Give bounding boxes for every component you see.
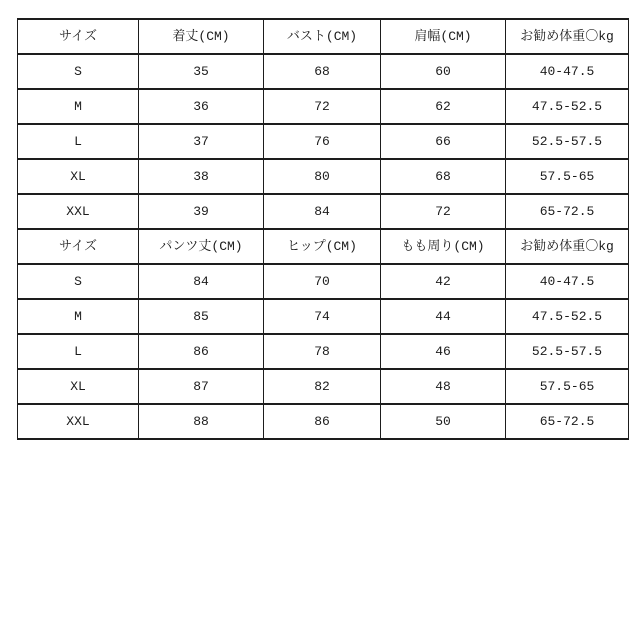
size-value-cell: 46 [381, 334, 506, 369]
size-value-cell: 36 [139, 89, 264, 124]
size-value-cell: 76 [264, 124, 381, 159]
size-value-cell: 84 [139, 264, 264, 299]
size-value-cell: 48 [381, 369, 506, 404]
size-chart-row: L37766652.5-57.5 [18, 124, 629, 159]
size-value-cell: 57.5-65 [506, 369, 629, 404]
size-chart-row: XL38806857.5-65 [18, 159, 629, 194]
size-value-cell: 47.5-52.5 [506, 89, 629, 124]
size-chart-column-header: パンツ丈(CM) [139, 229, 264, 264]
size-value-cell: 60 [381, 54, 506, 89]
size-label-cell: S [18, 54, 139, 89]
size-value-cell: 80 [264, 159, 381, 194]
size-chart-column-header: サイズ [18, 229, 139, 264]
size-value-cell: 50 [381, 404, 506, 439]
size-chart-column-header: 着丈(CM) [139, 19, 264, 54]
size-label-cell: L [18, 334, 139, 369]
size-value-cell: 70 [264, 264, 381, 299]
size-chart-row: XXL39847265-72.5 [18, 194, 629, 229]
size-label-cell: XXL [18, 194, 139, 229]
size-value-cell: 35 [139, 54, 264, 89]
size-chart-row: L86784652.5-57.5 [18, 334, 629, 369]
size-value-cell: 84 [264, 194, 381, 229]
size-chart-row: S35686040-47.5 [18, 54, 629, 89]
size-value-cell: 72 [381, 194, 506, 229]
size-value-cell: 66 [381, 124, 506, 159]
size-value-cell: 65-72.5 [506, 404, 629, 439]
size-value-cell: 87 [139, 369, 264, 404]
size-chart-column-header: お勧め体重〇kg [506, 19, 629, 54]
size-label-cell: M [18, 299, 139, 334]
size-chart-column-header: 肩幅(CM) [381, 19, 506, 54]
size-value-cell: 85 [139, 299, 264, 334]
size-label-cell: S [18, 264, 139, 299]
size-value-cell: 72 [264, 89, 381, 124]
size-value-cell: 86 [264, 404, 381, 439]
size-chart-column-header: もも周り(CM) [381, 229, 506, 264]
size-value-cell: 68 [264, 54, 381, 89]
size-label-cell: L [18, 124, 139, 159]
size-chart-header-row: サイズパンツ丈(CM)ヒップ(CM)もも周り(CM)お勧め体重〇kg [18, 229, 629, 264]
size-value-cell: 62 [381, 89, 506, 124]
size-chart-table: サイズ着丈(CM)バスト(CM)肩幅(CM)お勧め体重〇kgS35686040-… [17, 18, 629, 440]
size-value-cell: 39 [139, 194, 264, 229]
size-value-cell: 78 [264, 334, 381, 369]
size-value-cell: 65-72.5 [506, 194, 629, 229]
size-value-cell: 82 [264, 369, 381, 404]
page-canvas: サイズ着丈(CM)バスト(CM)肩幅(CM)お勧め体重〇kgS35686040-… [0, 0, 640, 640]
size-value-cell: 57.5-65 [506, 159, 629, 194]
size-value-cell: 88 [139, 404, 264, 439]
size-chart-column-header: お勧め体重〇kg [506, 229, 629, 264]
size-value-cell: 42 [381, 264, 506, 299]
size-label-cell: M [18, 89, 139, 124]
size-value-cell: 37 [139, 124, 264, 159]
size-value-cell: 40-47.5 [506, 264, 629, 299]
size-value-cell: 38 [139, 159, 264, 194]
size-value-cell: 86 [139, 334, 264, 369]
size-chart-column-header: バスト(CM) [264, 19, 381, 54]
size-chart-header-row: サイズ着丈(CM)バスト(CM)肩幅(CM)お勧め体重〇kg [18, 19, 629, 54]
size-chart-body: サイズ着丈(CM)バスト(CM)肩幅(CM)お勧め体重〇kgS35686040-… [18, 19, 629, 439]
size-value-cell: 40-47.5 [506, 54, 629, 89]
size-label-cell: XL [18, 159, 139, 194]
size-chart-row: XL87824857.5-65 [18, 369, 629, 404]
size-value-cell: 74 [264, 299, 381, 334]
size-label-cell: XL [18, 369, 139, 404]
size-chart-row: M36726247.5-52.5 [18, 89, 629, 124]
size-chart-column-header: ヒップ(CM) [264, 229, 381, 264]
size-label-cell: XXL [18, 404, 139, 439]
size-value-cell: 44 [381, 299, 506, 334]
size-chart-row: S84704240-47.5 [18, 264, 629, 299]
size-chart-row: XXL88865065-72.5 [18, 404, 629, 439]
size-value-cell: 47.5-52.5 [506, 299, 629, 334]
size-chart-row: M85744447.5-52.5 [18, 299, 629, 334]
size-value-cell: 52.5-57.5 [506, 124, 629, 159]
size-chart-column-header: サイズ [18, 19, 139, 54]
size-value-cell: 68 [381, 159, 506, 194]
size-value-cell: 52.5-57.5 [506, 334, 629, 369]
